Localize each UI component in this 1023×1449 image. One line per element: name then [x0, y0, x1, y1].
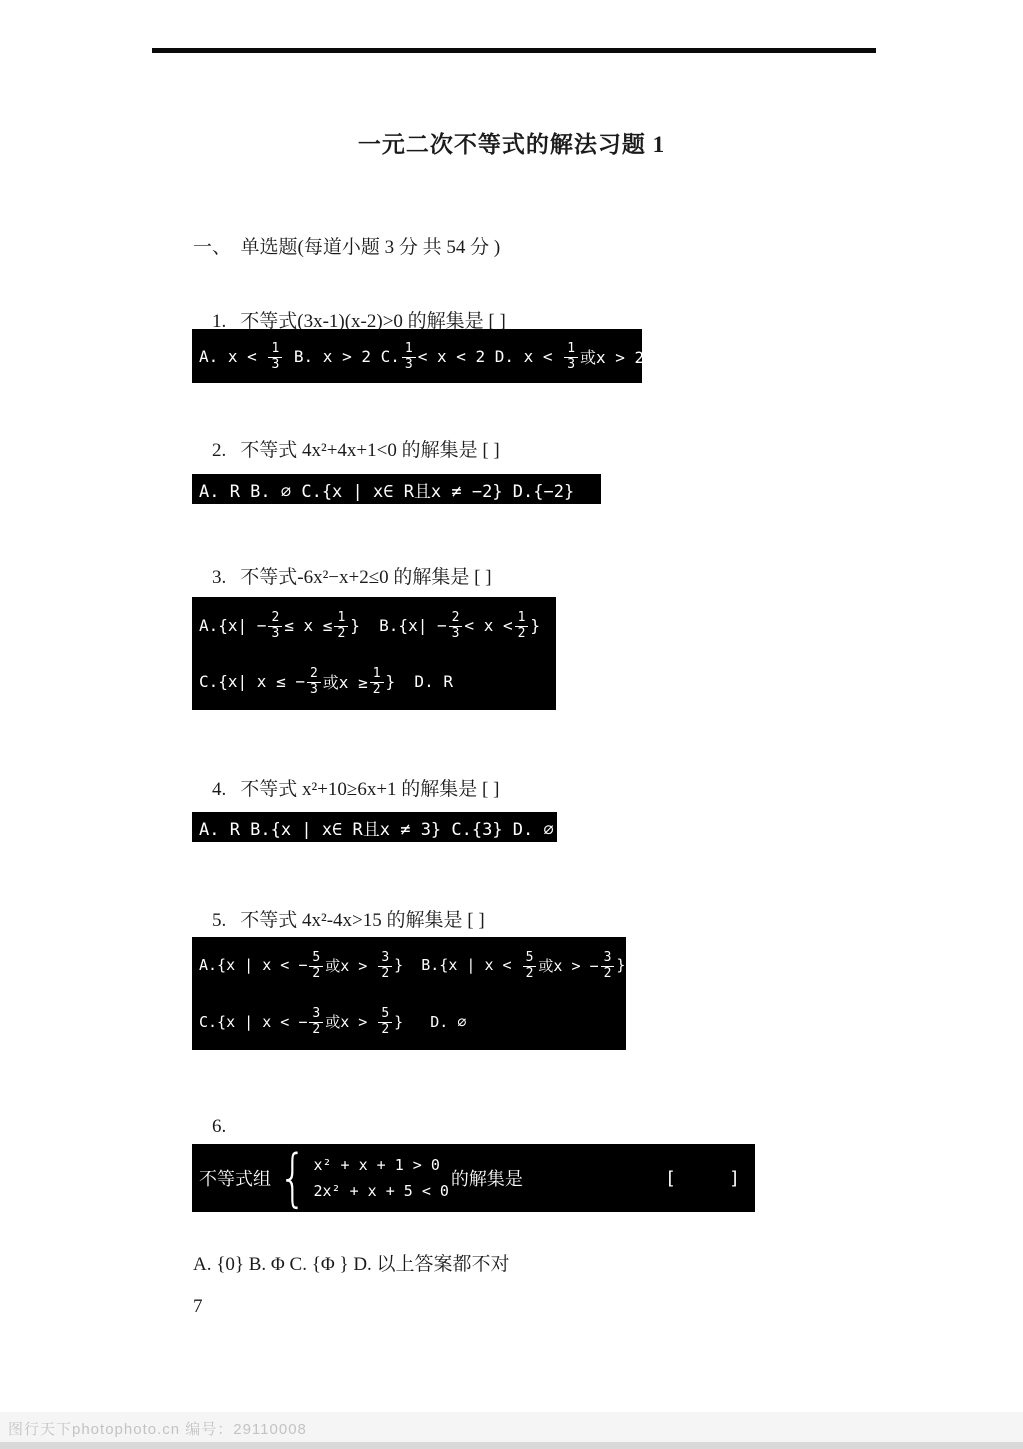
answer-box-6-line: 不等式组{x² + x + 1 > 02x² + x + 5 < 0的解集是 [… [192, 1144, 755, 1212]
answer-box-2-line: A. R B. ∅ C.{x | x∈ R且x ≠ −2} D.{−2} [192, 477, 601, 502]
fraction: 12 [515, 611, 529, 642]
math-text: B. x > 2 C. [284, 347, 400, 366]
math-text: ≤ x ≤ [284, 616, 332, 635]
answer-box-1-line: A. x < 13 B. x > 2 C.13< x < 2 D. x < 13… [192, 341, 642, 372]
math-text: C.{x | x < − [199, 1013, 307, 1031]
math-text: } D. R [386, 672, 453, 691]
math-text: < x < 2 D. x < [418, 347, 563, 366]
answer-box-5: A.{x | x < −52或x > 32} B.{x | x < 52或x >… [192, 937, 626, 1050]
math-text: } B.{x | x < [394, 956, 520, 974]
fraction: 13 [564, 342, 578, 373]
fraction: 23 [268, 611, 282, 642]
fraction: 12 [370, 667, 384, 698]
fraction: 23 [449, 611, 463, 642]
answer-box-4: A. R B.{x | x∈ R且x ≠ 3} C.{3} D. ∅ [192, 812, 557, 842]
page-title: 一元二次不等式的解法习题 1 [0, 126, 1023, 159]
math-text: } D. ∅ [394, 1013, 466, 1031]
system-equation: 2x² + x + 5 < 0 [313, 1178, 448, 1204]
math-text: 或x > − [538, 955, 598, 976]
worksheet-page: 一元二次不等式的解法习题 1 一、 单选题(每道小题 3 分 共 54 分 ) … [0, 0, 1023, 1449]
fraction: 23 [307, 667, 321, 698]
question-4-number: 4. [212, 779, 226, 800]
watermark-bar: 图行天下photophoto.cn 编号：29110008 [0, 1412, 1023, 1442]
fraction: 32 [601, 951, 615, 982]
system-statement: 不等式组{x² + x + 1 > 02x² + x + 5 < 0的解集是 [199, 1150, 523, 1206]
math-text: } [530, 616, 540, 635]
math-text: A.{x| − [199, 616, 266, 635]
math-text: } [616, 956, 625, 974]
watermark-text: 图行天下photophoto.cn 编号：29110008 [8, 1418, 307, 1439]
answer-box-4-line: A. R B.{x | x∈ R且x ≠ 3} C.{3} D. ∅ [192, 815, 557, 840]
answer-box-5-line-2: C.{x | x < −32或x > 52} D. ∅ [192, 994, 626, 1051]
math-text: 或x > [325, 1011, 376, 1032]
answer-box-1: A. x < 13 B. x > 2 C.13< x < 2 D. x < 13… [192, 329, 642, 383]
page-number: 7 [193, 1296, 203, 1318]
answer-box-3-line-1: A.{x| −23≤ x ≤12} B.{x| −23< x <12} [192, 597, 556, 654]
question-3-number: 3. [212, 567, 226, 588]
question-3-text: 不等式-6x²−x+2≤0 的解集是 [ ] [240, 567, 491, 588]
answer-box-5-line-1: A.{x | x < −52或x > 32} B.{x | x < 52或x >… [192, 937, 626, 994]
question-6-options: A. {0} B. Φ C. {Φ } D. 以上答案都不对 [193, 1249, 510, 1276]
top-rule-divider [152, 48, 876, 53]
question-2-text: 不等式 4x²+4x+1<0 的解集是 [ ] [240, 440, 500, 461]
math-text: } B.{x| − [350, 616, 446, 635]
answer-box-2: A. R B. ∅ C.{x | x∈ R且x ≠ −2} D.{−2} [192, 474, 601, 504]
math-text: 或x > [325, 955, 376, 976]
fraction: 12 [334, 611, 348, 642]
answer-box-3-line-2: C.{x| x ≤ −23或x ≥12} D. R [192, 654, 556, 711]
bottom-edge-strip [0, 1442, 1023, 1449]
math-text: 的解集是 [451, 1165, 523, 1191]
answer-box-3: A.{x| −23≤ x ≤12} B.{x| −23< x <12} C.{x… [192, 597, 556, 710]
math-text: A.{x | x < − [199, 956, 307, 974]
math-text: 或x > 2 [580, 345, 642, 368]
fraction: 32 [378, 951, 392, 982]
answer-bracket: [ ] [665, 1168, 742, 1189]
equation-system: {x² + x + 1 > 02x² + x + 5 < 0 [273, 1150, 449, 1206]
math-text: A. R B. ∅ C.{x | x∈ R且x ≠ −2} D.{−2} [199, 477, 574, 502]
question-5-text: 不等式 4x²-4x>15 的解集是 [ ] [240, 910, 484, 931]
question-2-number: 2. [212, 440, 226, 461]
math-text: < x < [464, 616, 512, 635]
fraction: 52 [309, 951, 323, 982]
fraction: 13 [268, 342, 282, 373]
question-5-number: 5. [212, 910, 226, 931]
question-4-text: 不等式 x²+10≥6x+1 的解集是 [ ] [240, 779, 499, 800]
fraction: 32 [309, 1007, 323, 1038]
fraction: 52 [523, 951, 537, 982]
section-heading: 一、 单选题(每道小题 3 分 共 54 分 ) [193, 232, 500, 259]
math-text: C.{x| x ≤ − [199, 672, 305, 691]
question-6-number: 6. [212, 1116, 226, 1137]
fraction: 52 [378, 1007, 392, 1038]
math-text: A. x < [199, 347, 266, 366]
system-brace: { [279, 1150, 307, 1206]
system-equation: x² + x + 1 > 0 [313, 1152, 448, 1178]
fraction: 13 [402, 342, 416, 373]
answer-box-6: 不等式组{x² + x + 1 > 02x² + x + 5 < 0的解集是 [… [192, 1144, 755, 1212]
math-text: A. R B.{x | x∈ R且x ≠ 3} C.{3} D. ∅ [199, 815, 554, 840]
math-text: 或x ≥ [323, 670, 368, 693]
math-text: 不等式组 [199, 1165, 271, 1191]
